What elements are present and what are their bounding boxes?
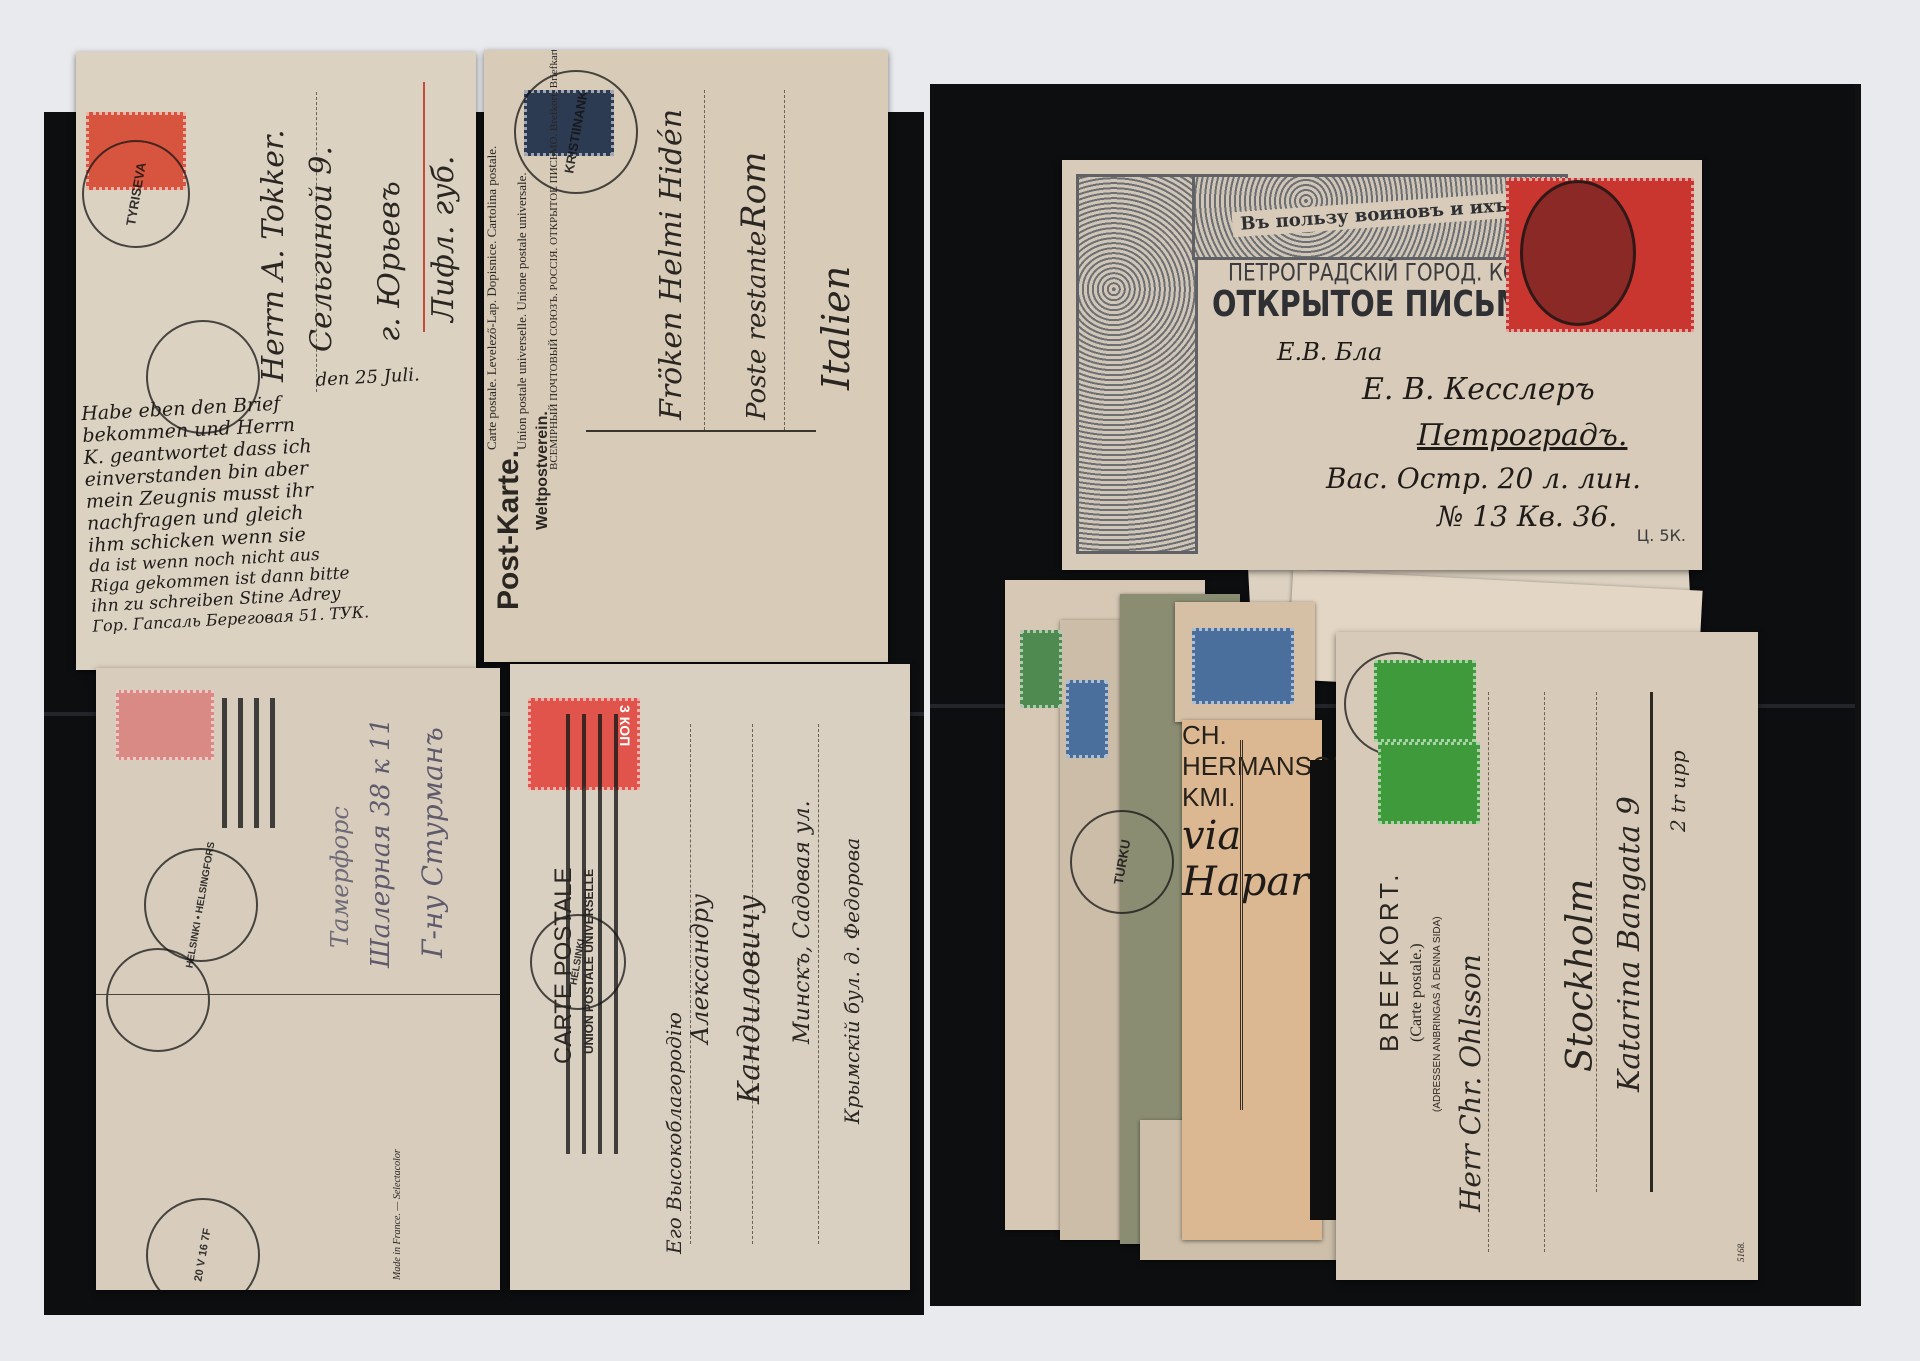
address-line-4: Лифл. губ. <box>426 156 461 322</box>
brefkort-subtitle: (Carte postale.) <box>1408 943 1426 1042</box>
message-divider <box>96 994 500 995</box>
address-rule <box>818 724 819 1244</box>
address-line-1: Herrn A. Tokker. <box>256 129 291 382</box>
address-line-4: Минскъ, Садовая ул. <box>790 800 815 1044</box>
envelope-address: via Haparanda <box>1182 813 1322 905</box>
stamp-blue-edge <box>1066 680 1108 758</box>
postcard-petrograd-charity: Въ пользу воиновъ и ихъ семей ПЕТРОГРАДС… <box>1062 160 1702 570</box>
postmark-turku: TURKU <box>1070 810 1174 914</box>
address-line-3: г. Юрьевъ <box>372 181 407 342</box>
address-line-1: Тамерфорс <box>326 806 354 948</box>
postmark-helsinki-2: 20 V 16 7F <box>146 1198 260 1290</box>
stamp-green-2kop-2 <box>1378 742 1480 824</box>
address-line-1: Herr Chr. Ohlsson <box>1454 954 1487 1212</box>
postcard-tyriseva: TYRISEVA Herrn A. Tokker. Сельгиной 9. г… <box>76 52 476 670</box>
printed-union: Union postale universelle. Unione postal… <box>514 172 530 450</box>
postmark-petrograd <box>1520 180 1636 326</box>
cancel-bar <box>222 698 227 828</box>
postmark-helsinki: HELSINKI <box>530 914 626 1010</box>
printed-title: Post-Karte. <box>492 450 526 610</box>
address-rule-bold <box>1650 692 1653 1192</box>
print-code: 5168. <box>1736 1242 1746 1262</box>
ornamental-border-left <box>1076 174 1198 554</box>
envelope-hermanson: CH. HERMANSON, KMI. via Haparanda <box>1182 720 1322 1240</box>
address-line-3: Poste restante <box>742 231 772 420</box>
address-line-2: Stockholm <box>1560 879 1601 1072</box>
address-rule <box>784 90 785 430</box>
brefkort-title: BREFKORT. <box>1374 871 1405 1052</box>
binder-hole <box>1874 570 1900 596</box>
address-line-2: Шалерная 38 к 11 <box>366 718 396 968</box>
brefkort-instruction: (ADRESSEN ANBRINGAS Å DENNA SIDA) <box>1432 916 1443 1112</box>
binder-hole <box>1874 1165 1900 1191</box>
address-line-1: Е.В. Бла <box>1277 338 1382 366</box>
envelope-sender: CH. HERMANSON, KMI. <box>1182 720 1322 813</box>
red-underline <box>423 82 425 332</box>
address-line-4: Вас. Остр. 20 л. лин. <box>1326 462 1641 495</box>
binder-hole <box>1874 340 1900 366</box>
message-block: den 25 Juli. Habe eben den Brief bekomme… <box>80 362 473 636</box>
address-line-3: Г-ну Стурманъ <box>416 727 449 958</box>
address-line-4: 2 tr upp <box>1666 750 1690 832</box>
printed-russian: ВСЕМІРНЫЙ ПОЧТОВЫЙ СОЮЗЪ. РОССІЯ. ОТКРЫТ… <box>548 50 560 470</box>
envelope-rule <box>1240 740 1243 1110</box>
address-line-3: Петроградъ. <box>1417 418 1627 453</box>
address-line-2: Е. В. Кесслеръ <box>1362 372 1595 407</box>
postmark-helsinki-1: HELSINKI • HELSINGFORS <box>144 848 258 962</box>
address-line-2: Александру <box>686 894 714 1044</box>
address-line-5: Крымскiй бул. д. Федорова <box>840 838 864 1124</box>
cancel-bar <box>254 698 259 828</box>
address-rule <box>704 90 705 430</box>
stamp-pink-eagle <box>116 690 214 760</box>
address-line-2: Сельгиной 9. <box>304 146 339 352</box>
postmark-tyriseva: TYRISEVA <box>82 140 190 248</box>
card-title: ОТКРЫТОЕ ПИСЬМО <box>1212 284 1549 325</box>
price-text: Ц. 5К. <box>1637 526 1686 545</box>
address-line-1: Его Высокоблагородію <box>662 1012 686 1254</box>
postcard-post-karte: KRISTIINANK Post-Karte. Weltpostverein. … <box>484 50 888 662</box>
address-rule <box>1488 692 1489 1252</box>
address-line-2: Rom <box>734 152 774 230</box>
printed-languages: Carte postale. Levelező-Lap. Dopisnice. … <box>484 146 500 450</box>
postmark-tammerfors <box>106 948 210 1052</box>
address-rule <box>1544 692 1545 1252</box>
stamp-green-edge <box>1020 630 1062 708</box>
cancel-bar <box>270 698 275 828</box>
address-line-4: Italien <box>814 266 858 390</box>
stamp-blue-10kop <box>1192 628 1294 704</box>
postmark-kristiinank: KRISTIINANK <box>514 70 638 194</box>
postcard-carte-postale: 3 КОП HELSINKI CARTE POSTALE UNION POSTA… <box>510 664 910 1290</box>
cancel-bar <box>238 698 243 828</box>
stamp-green-2kop-1 <box>1374 660 1476 742</box>
footer-print: Made in France. — Selectacolor <box>392 1149 403 1280</box>
divider-line <box>586 430 816 432</box>
binder-hole <box>1874 850 1900 876</box>
address-line-3: Кандиловичу <box>732 895 767 1104</box>
printed-title: CARTE POSTALE <box>550 868 578 1065</box>
address-line-3: Katarina Bangata 9 <box>1612 796 1647 1092</box>
printed-subtitle: UNION POSTALE UNIVERSELLE <box>582 869 596 1054</box>
postcard-brefkort: ЖЕЛ.ДОР.П.№6 BREFKORT. (Carte postale.) … <box>1336 632 1758 1280</box>
address-line-5: № 13 Кв. 36. <box>1437 500 1617 533</box>
postcard-helsinki: HELSINKI • HELSINGFORS 20 V 16 7F Тамерф… <box>96 668 500 1290</box>
address-line-1: Fröken Helmi Hidén <box>654 109 689 420</box>
